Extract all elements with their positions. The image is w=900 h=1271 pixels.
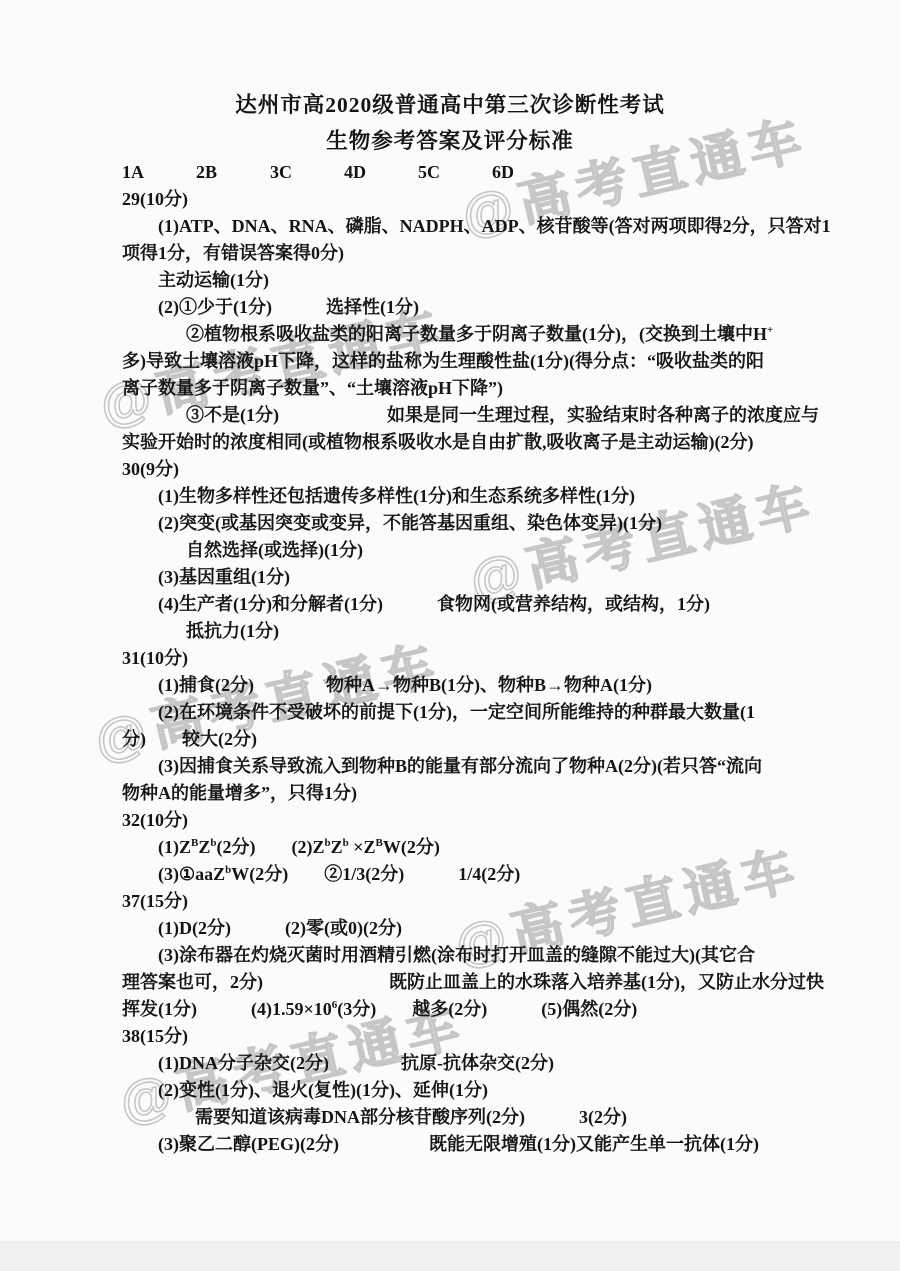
choice-answer: 3C (270, 159, 344, 186)
answer-line: ③不是(1分) 如果是同一生理过程，实验结束时各种离子的浓度应与 (186, 402, 850, 429)
answer-line: 挥发(1分) (4)1.59×106(3分) 越多(2分) (5)偶然(2分) (122, 996, 850, 1023)
page: 达州市高2020级普通高中第三次诊断性考试 生物参考答案及评分标准 1A2B3C… (0, 0, 900, 1271)
answer-line: (1)生物多样性还包括遗传多样性(1分)和生态系统多样性(1分) (158, 483, 850, 510)
document-body: 1A2B3C4D5C6D 29(10分)(1)ATP、DNA、RNA、磷脂、NA… (122, 159, 850, 1158)
answer-line: 理答案也可，2分) 既防止皿盖上的水珠落入培养基(1分)，又防止水分过快 (122, 969, 850, 996)
answer-key-title: 生物参考答案及评分标准 (0, 123, 900, 159)
answer-line: (2)①少于(1分) 选择性(1分) (158, 294, 850, 321)
choice-answer: 6D (492, 159, 566, 186)
answer-line: 29(10分) (122, 186, 850, 213)
answer-line: 离子数量多于阴离子数量”、“土壤溶液pH下降”) (122, 375, 850, 402)
answer-line: ②植物根系吸收盐类的阳离子数量多于阴离子数量(1分)，(交换到土壤中H+ (186, 321, 850, 348)
answer-line: (3)因捕食关系导致流入到物种B的能量有部分流向了物种A(2分)(若只答“流向 (158, 753, 850, 780)
answer-line: 32(10分) (122, 807, 850, 834)
answer-line: 物种A的能量增多”，只得1分) (122, 780, 850, 807)
answer-line: (3)聚乙二醇(PEG)(2分) 既能无限增殖(1分)又能产生单一抗体(1分) (158, 1131, 850, 1158)
choice-answer: 5C (418, 159, 492, 186)
answer-line: 30(9分) (122, 456, 850, 483)
answer-line: 主动运输(1分) (158, 267, 850, 294)
answer-line: (3)涂布器在灼烧灭菌时用酒精引燃(涂布时打开皿盖的缝隙不能过大)(其它合 (158, 942, 850, 969)
answer-line: (3)基因重组(1分) (158, 564, 850, 591)
answer-line: (1)ATP、DNA、RNA、磷脂、NADPH、ADP、核苷酸等(答对两项即得2… (158, 213, 850, 240)
answer-line: (2)突变(或基因突变或变异，不能答基因重组、染色体变异)(1分) (158, 510, 850, 537)
exam-title: 达州市高2020级普通高中第三次诊断性考试 (0, 87, 900, 123)
answer-line: (2)变性(1分)、退火(复性)(1分)、延伸(1分) (158, 1077, 850, 1104)
answer-line: (2)在环境条件不受破坏的前提下(1分)，一定空间所能维持的种群最大数量(1 (158, 699, 850, 726)
choice-answer: 2B (196, 159, 270, 186)
answer-line: 38(15分) (122, 1023, 850, 1050)
choice-answers-row: 1A2B3C4D5C6D (122, 159, 850, 186)
answer-line: (1)D(2分) (2)零(或0)(2分) (158, 915, 850, 942)
answer-line: (4)生产者(1分)和分解者(1分) 食物网(或营养结构，或结构，1分) (158, 591, 850, 618)
answer-line: 实验开始时的浓度相同(或植物根系吸收水是自由扩散,吸收离子是主动运输)(2分) (122, 429, 850, 456)
answer-line: 自然选择(或选择)(1分) (186, 537, 850, 564)
answer-line: (3)①aaZbW(2分) ②1/3(2分) 1/4(2分) (158, 861, 850, 888)
choice-answer: 1A (122, 159, 196, 186)
answer-line: 分) 较大(2分) (122, 726, 850, 753)
answer-line: 37(15分) (122, 888, 850, 915)
title-block: 达州市高2020级普通高中第三次诊断性考试 生物参考答案及评分标准 (0, 0, 900, 159)
answer-line: 项得1分，有错误答案得0分) (122, 240, 850, 267)
answer-line: 31(10分) (122, 645, 850, 672)
answer-line: 需要知道该病毒DNA部分核苷酸序列(2分) 3(2分) (195, 1104, 850, 1131)
answer-line: (1)DNA分子杂交(2分) 抗原-抗体杂交(2分) (158, 1050, 850, 1077)
scan-edge (0, 1241, 900, 1271)
answer-line: 抵抗力(1分) (186, 618, 850, 645)
answer-line: (1)ZBZb(2分) (2)ZbZb ×ZBW(2分) (158, 834, 850, 861)
choice-answer: 4D (344, 159, 418, 186)
answer-line: 多)导致土壤溶液pH下降，这样的盐称为生理酸性盐(1分)(得分点：“吸收盐类的阳 (122, 348, 850, 375)
answer-lines: 29(10分)(1)ATP、DNA、RNA、磷脂、NADPH、ADP、核苷酸等(… (122, 186, 850, 1158)
answer-line: (1)捕食(2分) 物种A→物种B(1分)、物种B→物种A(1分) (158, 672, 850, 699)
